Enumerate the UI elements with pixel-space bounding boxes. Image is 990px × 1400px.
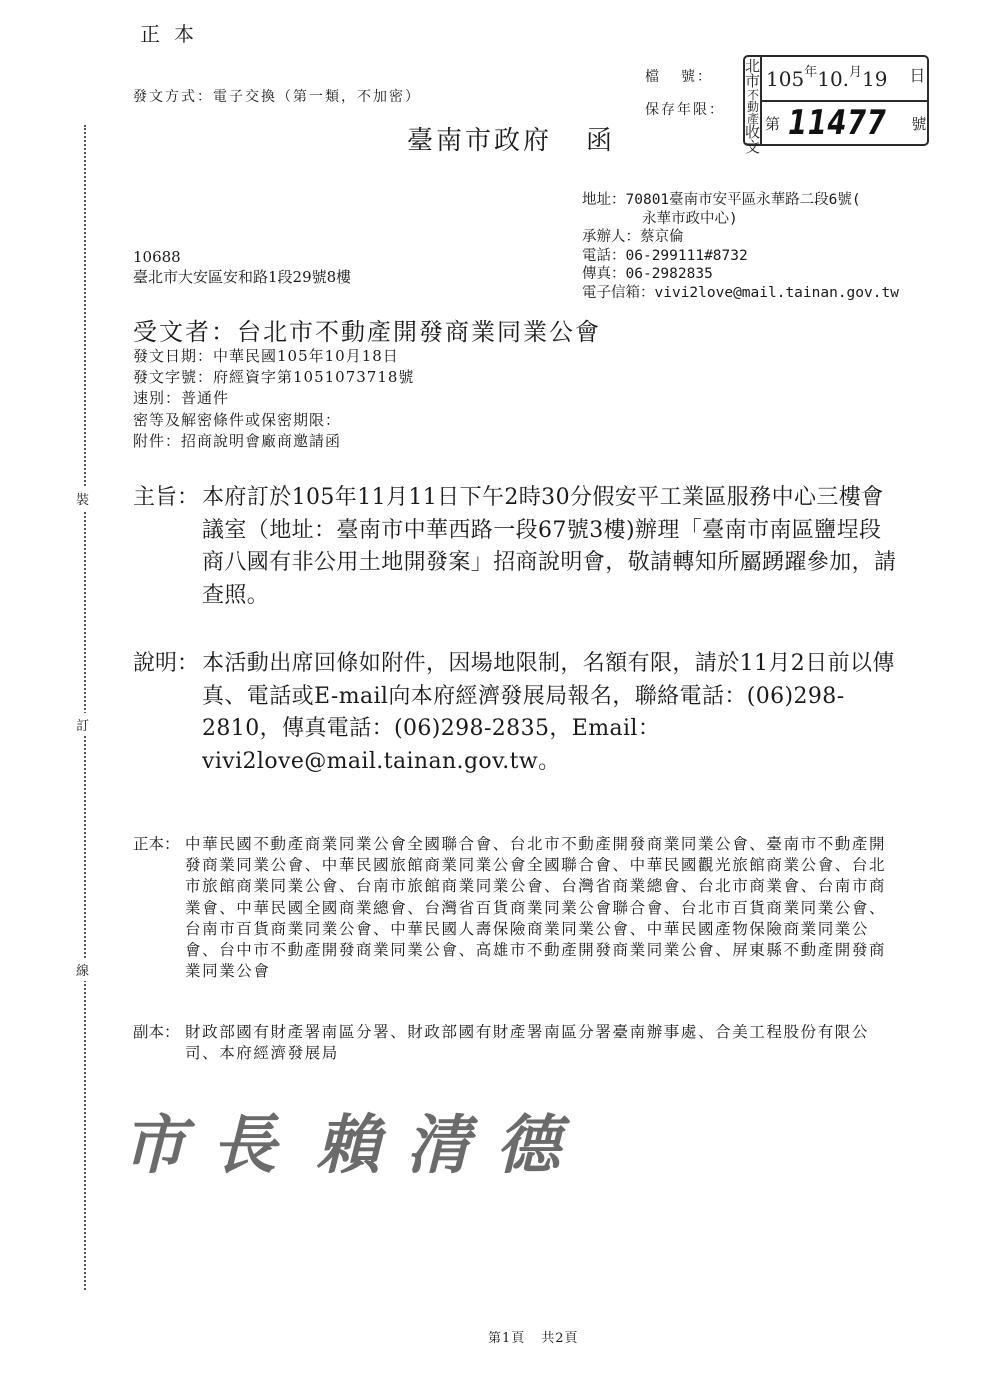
keep-years-field: 保存年限： (645, 99, 725, 119)
stamp-day: 19 (862, 67, 887, 91)
stamp-org-line1: 北市 (745, 59, 760, 89)
binding-mark-ding: 訂 (76, 713, 89, 736)
sender-info: 地址：70801臺南市安平區永華路二段6號( 永華市政中心) 承辦人：蔡京倫 電… (582, 191, 899, 302)
distribution-cc: 副本： 財政部國有財產署南區分署、財政部國有財產署南區分署臺南辦事處、合美工程股… (133, 1022, 893, 1064)
meta-date: 發文日期：中華民國105年10月18日 (133, 346, 414, 367)
meta-doc-number: 發文字號：府經資字第1051073718號 (133, 367, 414, 388)
distribution-cc-label: 副本： (133, 1022, 180, 1043)
signature-title: 市長 (122, 1108, 302, 1183)
recipient-postal-code: 10688 (133, 247, 351, 267)
stamp-number-prefix: 第 (765, 113, 780, 134)
subject-text: 本府訂於105年11月11日下午2時30分假安平工業區服務中心三樓會議室（地址：… (202, 482, 903, 612)
stamp-month-unit: 月 (849, 61, 862, 80)
page-current: 第1頁 (488, 1331, 525, 1346)
page-total: 共2頁 (541, 1331, 578, 1346)
sender-phone: 電話：06-299111#8732 (582, 247, 899, 266)
copy-type-label: 正本 (140, 18, 208, 47)
explanation-label: 說明： (133, 648, 199, 681)
distribution-cc-text: 財政部國有財產署南區分署、財政部國有財產署南區分署臺南辦事處、合美工程股份有限公… (185, 1022, 893, 1064)
stamp-number-suffix: 號 (911, 113, 926, 134)
stamp-org-line3: 收文 (745, 125, 760, 155)
sender-contact-person: 承辦人：蔡京倫 (582, 228, 899, 247)
doc-kind: 函 (586, 126, 615, 156)
page-number: 第1頁共2頁 (488, 1327, 579, 1346)
page-title: 臺南市政府函 (407, 120, 615, 157)
stamp-year: 105 (766, 67, 804, 91)
distribution-main-text: 中華民國不動產商業同業公會全國聯合會、台北市不動產開發商業同業公會、臺南市不動產… (185, 834, 893, 982)
stamp-day-unit: 日 (909, 63, 925, 86)
meta-security: 密等及解密條件或保密期限： (133, 410, 414, 431)
stamp-month: 10. (817, 67, 849, 91)
file-number-field: 檔號： (645, 66, 713, 86)
meta-attachment: 附件：招商說明會廠商邀請函 (133, 431, 414, 452)
meta-speed: 速別：普通件 (133, 388, 414, 409)
distribution-main-label: 正本： (133, 834, 180, 855)
sender-email: 電子信箱：vivi2love@mail.tainan.gov.tw (582, 284, 899, 303)
explanation-section: 說明： 本活動出席回條如附件，因場地限制，名額有限，請於11月2日前以傳真、電話… (133, 648, 903, 778)
recipient-address: 10688 臺北市大安區安和路1段29號8樓 (133, 247, 351, 287)
sender-fax: 傳真：06-2982835 (582, 265, 899, 284)
distribution-main: 正本： 中華民國不動產商業同業公會全國聯合會、台北市不動產開發商業同業公會、臺南… (133, 834, 893, 982)
send-method: 發文方式：電子交換（第一類，不加密） (133, 86, 421, 106)
subject-label: 主旨： (133, 482, 199, 515)
binding-mark-zhuang: 裝 (76, 487, 89, 510)
stamp-number-handwritten: 11477 (788, 103, 887, 143)
stamp-org: 北市 不動產 收文 (745, 57, 762, 144)
file-number-label-suffix: 號： (681, 69, 713, 85)
binding-dotted-line (84, 125, 86, 1290)
explanation-text: 本活動出席回條如附件，因場地限制，名額有限，請於11月2日前以傳真、電話或E-m… (202, 648, 903, 778)
file-number-label: 檔 (645, 69, 681, 85)
stamp-date: 105 年 10. 月 19 日 (762, 57, 929, 102)
signature-name: 賴清德 (316, 1108, 586, 1183)
org-name: 臺南市政府 (407, 126, 552, 156)
sender-address-line2: 永華市政中心) (582, 210, 899, 229)
recipient-street: 臺北市大安區安和路1段29號8樓 (133, 267, 351, 287)
stamp-org-line2: 不動產 (745, 89, 760, 125)
binding-mark-xian: 線 (76, 958, 89, 981)
sender-address-line1: 地址：70801臺南市安平區永華路二段6號( (582, 191, 899, 210)
subject-section: 主旨： 本府訂於105年11月11日下午2時30分假安平工業區服務中心三樓會議室… (133, 482, 903, 612)
stamp-number: 第 11477 號 (762, 102, 929, 144)
receipt-stamp: 北市 不動產 收文 105 年 10. 月 19 日 第 11477 號 (743, 55, 929, 146)
mayor-signature: 市長賴清德 (122, 1094, 586, 1186)
stamp-year-unit: 年 (804, 61, 817, 80)
document-meta: 發文日期：中華民國105年10月18日 發文字號：府經資字第1051073718… (133, 346, 414, 452)
receiver: 受文者：台北市不動產開發商業同業公會 (133, 312, 601, 347)
stamp-body: 105 年 10. 月 19 日 第 11477 號 (762, 57, 929, 144)
